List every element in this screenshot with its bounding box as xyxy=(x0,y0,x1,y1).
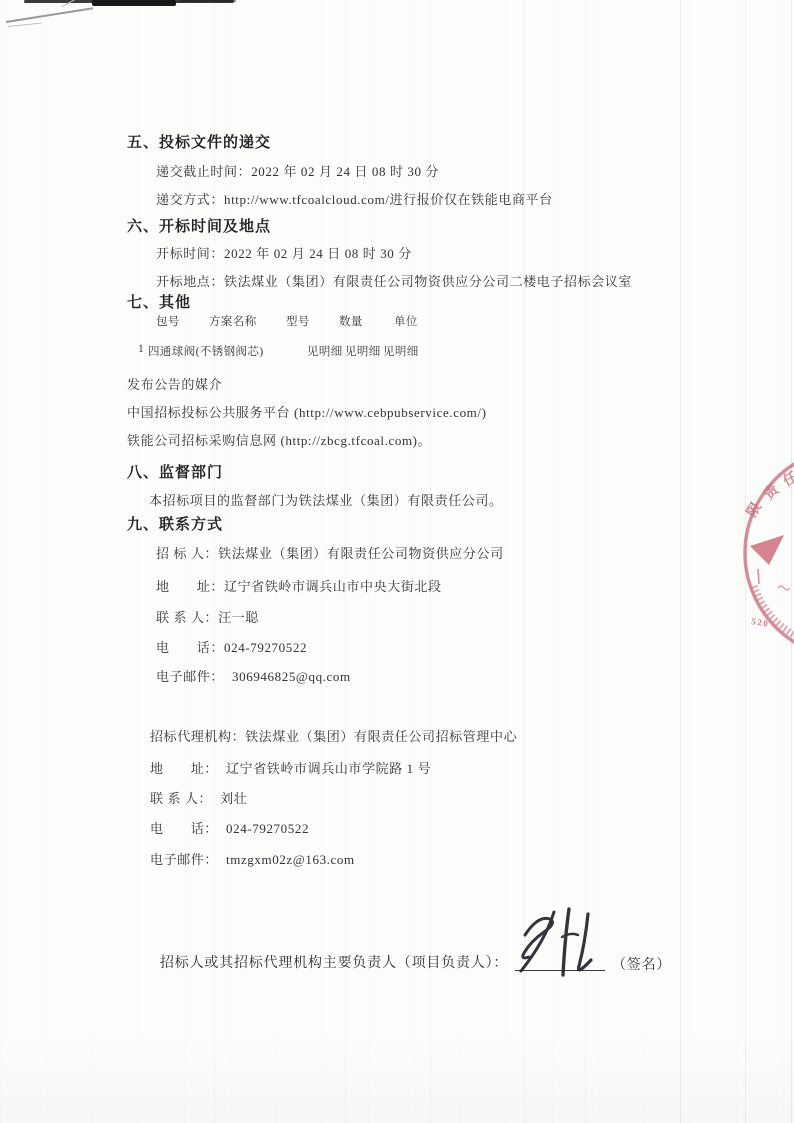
scan-line xyxy=(680,0,681,1123)
stamp-star-icon xyxy=(750,535,784,565)
col-scheme-name: 方案名称 xyxy=(209,313,257,329)
handwritten-signature xyxy=(505,903,615,983)
tenderer-contact-label: 联 系 人： xyxy=(156,610,218,625)
media-line-1: 中国招标投标公共服务平台 (http://www.cebpubservice.c… xyxy=(127,402,487,421)
submission-method-line: 递交方式：http://www.tfcoalcloud.com/进行报价仅在铁能… xyxy=(156,189,553,208)
bid-opening-place-line: 开标地点：铁法煤业（集团）有限责任公司物资供应分公司二楼电子招标会议室 xyxy=(156,271,632,290)
scanned-document-page: 五、投标文件的递交 递交截止时间：2022 年 02 月 24 日 08 时 3… xyxy=(0,0,794,1123)
bid-opening-time-line: 开标时间：2022 年 02 月 24 日 08 时 30 分 xyxy=(156,243,412,262)
agency-contact-label: 联 系 人： xyxy=(150,791,212,806)
stamp-number: 520 xyxy=(751,616,770,629)
agency-email-line: 电子邮件：tmzgxm02z@163.com xyxy=(150,849,355,868)
tenderer-name-label: 招 标 人： xyxy=(156,546,218,561)
stamp-char-1: 限 xyxy=(743,499,765,520)
package-table-row: 1 四通球阀(不锈钢阀芯) 见明细 见明细 见明细 xyxy=(127,343,467,359)
tenderer-contact-line: 联 系 人：汪一聪 xyxy=(156,607,259,626)
page-fold-line xyxy=(6,7,93,23)
agency-phone-value: 024-79270522 xyxy=(226,821,309,836)
section-7-heading: 七、其他 xyxy=(127,291,191,312)
tenderer-address-line: 地 址：辽宁省铁岭市调兵山市中央大街北段 xyxy=(156,576,442,595)
package-table-header: 包号 方案名称 型号 数量 单位 xyxy=(156,313,456,329)
tenderer-phone-label: 电 话： xyxy=(156,640,224,655)
agency-email-value: tmzgxm02z@163.com xyxy=(226,852,355,867)
agency-address-label: 地 址： xyxy=(150,761,218,776)
tenderer-name-value: 铁法煤业（集团）有限责任公司物资供应分公司 xyxy=(218,546,504,561)
red-seal-stamp: 限 责 任 520 xyxy=(734,438,794,648)
agency-phone-label: 电 话： xyxy=(150,821,218,836)
tenderer-phone-line: 电 话：024-79270522 xyxy=(156,637,307,656)
agency-phone-line: 电 话：024-79270522 xyxy=(150,818,309,837)
tenderer-contact-value: 汪一聪 xyxy=(218,610,259,625)
agency-name-value: 铁法煤业（集团）有限责任公司招标管理中心 xyxy=(245,729,517,744)
section-8-heading: 八、监督部门 xyxy=(127,461,223,482)
tenderer-phone-value: 024-79270522 xyxy=(224,640,307,655)
agency-contact-value: 刘壮 xyxy=(220,791,247,806)
col-quantity: 数量 xyxy=(339,313,363,329)
stamp-char-2: 责 xyxy=(760,480,783,503)
agency-contact-line: 联 系 人：刘壮 xyxy=(150,788,247,807)
tenderer-address-label: 地 址： xyxy=(156,579,224,594)
section-9-heading: 九、联系方式 xyxy=(127,513,223,534)
row-package-no: 1 xyxy=(138,343,144,355)
row-quantity: 见明细 xyxy=(345,343,381,359)
scan-edge-artifact xyxy=(180,0,236,2)
tenderer-address-value: 辽宁省铁岭市调兵山市中央大街北段 xyxy=(224,579,442,594)
responsible-person-label: 招标人或其招标代理机构主要负责人（项目负责人）： xyxy=(160,952,508,972)
tenderer-name-line: 招 标 人：铁法煤业（集团）有限责任公司物资供应分公司 xyxy=(156,543,504,562)
page-fold-line xyxy=(8,22,42,27)
tenderer-email-value: 306946825@qq.com xyxy=(232,669,351,684)
tenderer-email-line: 电子邮件：306946825@qq.com xyxy=(156,666,351,685)
supervision-body-line: 本招标项目的监督部门为铁法煤业（集团）有限责任公司。 xyxy=(149,490,503,509)
media-title-line: 发布公告的媒介 xyxy=(127,374,222,393)
agency-name-label: 招标代理机构： xyxy=(150,729,245,744)
stamp-icon: 限 责 任 520 xyxy=(734,438,794,653)
col-package-no: 包号 xyxy=(156,313,180,329)
media-line-2: 铁能公司招标采购信息网 (http://zbcg.tfcoal.com)。 xyxy=(127,430,431,449)
section-6-heading: 六、开标时间及地点 xyxy=(127,215,271,236)
scan-edge-artifact xyxy=(92,0,176,6)
col-unit: 单位 xyxy=(394,313,418,329)
section-5-heading: 五、投标文件的递交 xyxy=(127,131,271,152)
signature-suffix: （签名） xyxy=(612,954,671,974)
row-scheme-name: 四通球阀(不锈钢阀芯) xyxy=(148,343,264,359)
row-unit: 见明细 xyxy=(383,343,419,359)
agency-address-line: 地 址：辽宁省铁岭市调兵山市学院路 1 号 xyxy=(150,758,431,777)
agency-email-label: 电子邮件： xyxy=(150,852,218,867)
col-model: 型号 xyxy=(286,313,310,329)
agency-address-value: 辽宁省铁岭市调兵山市学院路 1 号 xyxy=(226,761,431,776)
tenderer-email-label: 电子邮件： xyxy=(156,669,224,684)
row-model: 见明细 xyxy=(307,343,343,359)
agency-name-line: 招标代理机构：铁法煤业（集团）有限责任公司招标管理中心 xyxy=(150,726,517,745)
submission-deadline-line: 递交截止时间：2022 年 02 月 24 日 08 时 30 分 xyxy=(156,161,439,180)
